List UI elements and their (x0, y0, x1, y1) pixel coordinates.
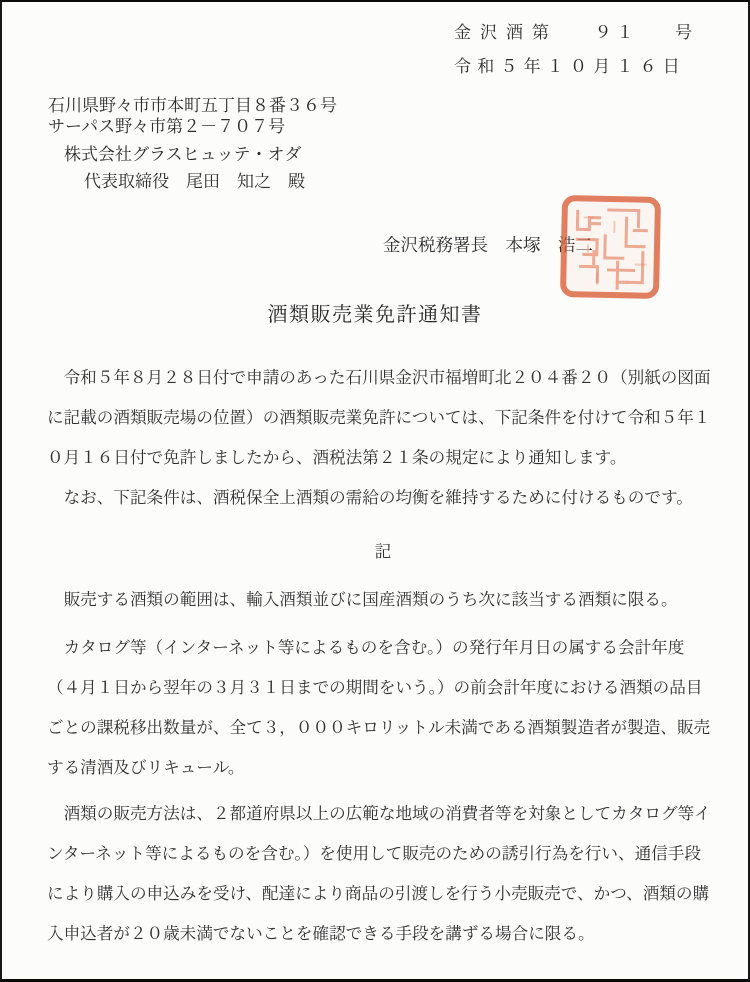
paragraph-5: 酒類の販売方法は、２都道府県以上の広範な地域の消費者等を対象としてカタログ等イ … (47, 794, 719, 954)
paragraph-5-line: 酒類の販売方法は、２都道府県以上の広範な地域の消費者等を対象としてカタログ等イ (47, 794, 719, 834)
official-red-seal-icon (557, 193, 665, 301)
paragraph-4-line: ごとの課税移出数量が、全て３，０００キロリットル未満である酒類製造者が製造、販売 (47, 708, 719, 748)
body-text: 令和５年８月２８日付で申請のあった石川県金沢市福増町北２０４番２０（別紙の図面 … (47, 358, 719, 954)
recipient-address-line2: サーパス野々市第２－７０７号 (48, 116, 337, 137)
recipient-company: 株式会社グラスヒュッテ・オダ (64, 144, 337, 165)
recipient-representative: 代表取締役 尾田 知之 殿 (84, 171, 337, 192)
recipient-block: 石川県野々市市本町五丁目８番３６号 サーパス野々市第２－７０７号 株式会社グラス… (48, 95, 337, 192)
paragraph-4-line: する清酒及びリキュール。 (47, 748, 719, 788)
paragraph-1-line: ０月１６日付で免許しましたから、酒税法第２１条の規定により通知します。 (47, 438, 719, 478)
paragraph-1-line: に記載の酒類販売場の位置）の酒類販売業免許については、下記条件を付けて令和５年１ (47, 398, 719, 438)
paragraph-5-line: 入申込者が２０歳未満でないことを確認できる手段を講ずる場合に限る。 (47, 914, 719, 954)
doc-date: 令和５年１０月１６日 (454, 52, 692, 77)
doc-number-value: ９１ (595, 18, 639, 43)
recipient-address-line1: 石川県野々市市本町五丁目８番３６号 (48, 95, 337, 116)
paragraph-4-line: カタログ等（インターネット等によるものを含む。）の発行年月日の属する会計年度 (47, 628, 719, 668)
scanned-license-notification-page: 金沢酒第 ９１ 号 令和５年１０月１６日 石川県野々市市本町五丁目８番３６号 サ… (0, 0, 750, 982)
doc-number: 金沢酒第 ９１ 号 (454, 18, 692, 43)
doc-number-prefix: 金沢酒第 (454, 18, 558, 43)
paragraph-5-line: ンターネット等によるものを含む。）を使用して販売のための誘引行為を行い、通信手段 (47, 834, 719, 874)
ki-heading: 記 (47, 532, 719, 572)
paragraph-3-line: 販売する酒類の範囲は、輸入酒類並びに国産酒類のうち次に該当する酒類に限る。 (47, 580, 719, 620)
paragraph-1-line: 令和５年８月２８日付で申請のあった石川県金沢市福増町北２０４番２０（別紙の図面 (47, 358, 719, 398)
doc-number-suffix: 号 (675, 18, 692, 43)
paragraph-5-line: により購入の申込みを受け、配達により商品の引渡しを行う小売販売で、かつ、酒類の購 (47, 874, 719, 914)
doc-header: 金沢酒第 ９１ 号 令和５年１０月１６日 (454, 18, 692, 77)
page-title: 酒類販売業免許通知書 (2, 298, 748, 327)
paragraph-2-line: なお、下記条件は、酒税保全上酒類の需給の均衡を維持するために付けるものです。 (47, 478, 719, 518)
paragraph-4-line: （４月１日から翌年の３月３１日までの期間をいう。）の前会計年度における酒類の品目 (47, 668, 719, 708)
paragraph-4: カタログ等（インターネット等によるものを含む。）の発行年月日の属する会計年度 （… (47, 628, 719, 788)
